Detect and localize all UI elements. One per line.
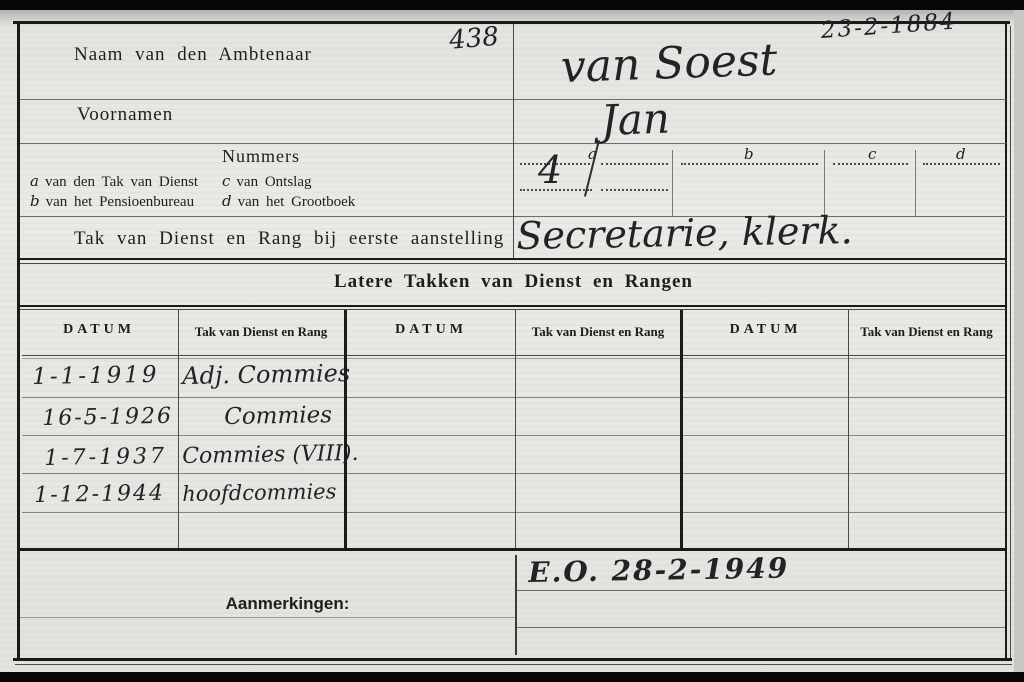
firstnames-label: Voornamen: [77, 104, 173, 126]
rule-title-bottom-thick: [20, 305, 1006, 307]
column-key-c: c: [868, 145, 882, 163]
table-row-line-3: [22, 473, 1005, 474]
header-rang-1: Tak van Dienst en Rang: [178, 324, 344, 340]
card-number-value: 438: [448, 22, 500, 56]
dotted-d1: [923, 163, 1000, 165]
rule-title-bottom-thin: [20, 309, 1006, 310]
form-border-left: [17, 21, 20, 661]
form-border-bottom-outer: [15, 664, 1012, 665]
dotted-c1: [833, 163, 908, 165]
rule-appointment-thin: [20, 263, 1006, 264]
nummers-heading: Nummers: [222, 146, 300, 167]
remarks-left-line: [20, 617, 515, 618]
later-positions-title: Latere Takken van Dienst en Rangen: [22, 271, 1005, 293]
entry-3-datum: 1-7-1937: [44, 444, 167, 471]
header-rang-2: Tak van Dienst en Rang: [516, 324, 680, 340]
dotted-b1: [681, 163, 818, 165]
scan-right-edge: [1014, 10, 1024, 672]
scan-bottom-bar: [0, 672, 1024, 682]
legend-key-b: b: [30, 192, 46, 210]
center-divider-top: [513, 24, 514, 258]
header-datum-3: DATUM: [683, 322, 848, 338]
firstnames-value: Jan: [600, 94, 671, 145]
form-border-right: [1005, 24, 1007, 661]
table-vline-4-thick: [680, 310, 683, 548]
table-vline-3: [515, 310, 516, 548]
remarks-right-line-2: [517, 627, 1005, 628]
legend-label-a: van den Tak van Dienst: [45, 174, 198, 190]
table-row-line-1: [22, 397, 1005, 398]
entry-2-rang: Commies: [224, 402, 332, 430]
header-datum-2: DATUM: [347, 322, 515, 338]
legend-item-b: bvan het Pensioenbureau: [30, 192, 194, 211]
table-vline-5: [848, 310, 849, 548]
column-a-value: 4: [538, 148, 562, 192]
entry-1-datum: 1-1-1919: [32, 362, 160, 390]
nummers-sep-cd: [915, 150, 916, 216]
entry-2-datum: 16-5-1926: [42, 404, 173, 431]
entry-4-rang: hoofdcommies: [182, 479, 337, 506]
rule-header-bottom1: [22, 355, 1005, 356]
form-border-bottom: [13, 658, 1012, 661]
legend-label-c: van Ontslag: [236, 174, 311, 190]
rule-header-bottom2: [22, 358, 1005, 359]
remarks-value: E.O. 28-2-1949: [528, 551, 790, 589]
legend-item-a: avan den Tak van Dienst: [30, 172, 198, 191]
name-value: van Soest: [560, 34, 778, 93]
column-key-d: d: [956, 145, 972, 163]
dotted-a1-right: [601, 163, 668, 165]
legend-label-d: van het Grootboek: [238, 194, 356, 210]
first-appointment-label: Tak van Dienst en Rang bij eerste aanste…: [74, 228, 504, 250]
legend-key-d: d: [222, 192, 238, 210]
rule-appointment-thick: [20, 258, 1006, 260]
nummers-sep-bc: [824, 150, 825, 216]
nummers-sep-ab: [672, 150, 673, 216]
table-row-line-4: [22, 512, 1005, 513]
table-vline-2-thick: [344, 310, 347, 548]
dotted-a2-right: [601, 189, 668, 191]
first-appointment-value: Secretarie, klerk.: [516, 208, 853, 258]
remarks-right-line-1: [517, 590, 1005, 591]
scan-top-bar: [0, 0, 1024, 10]
legend-item-d: dvan het Grootboek: [222, 192, 355, 211]
legend-label-b: van het Pensioenbureau: [46, 194, 194, 210]
table-vline-1: [178, 310, 179, 548]
entry-4-datum: 1-12-1944: [34, 481, 165, 508]
entry-1-rang: Adj. Commies: [182, 359, 350, 390]
table-bottom-rule: [20, 548, 1006, 551]
remarks-label: Aanmerkingen:: [40, 594, 535, 614]
legend-item-c: cvan Ontslag: [222, 172, 311, 191]
column-key-b: b: [744, 145, 760, 163]
form-border-right-outer: [1010, 26, 1011, 661]
personnel-card-scan: Naam van den Ambtenaar Voornamen Nummers…: [0, 0, 1024, 682]
legend-key-a: a: [30, 172, 45, 190]
table-row-line-2: [22, 435, 1005, 436]
entry-3-rang: Commies (VIII).: [182, 441, 359, 469]
legend-key-c: c: [222, 172, 236, 190]
header-rang-3: Tak van Dienst en Rang: [848, 324, 1005, 340]
header-datum-1: DATUM: [20, 322, 178, 338]
name-label: Naam van den Ambtenaar: [74, 44, 312, 66]
